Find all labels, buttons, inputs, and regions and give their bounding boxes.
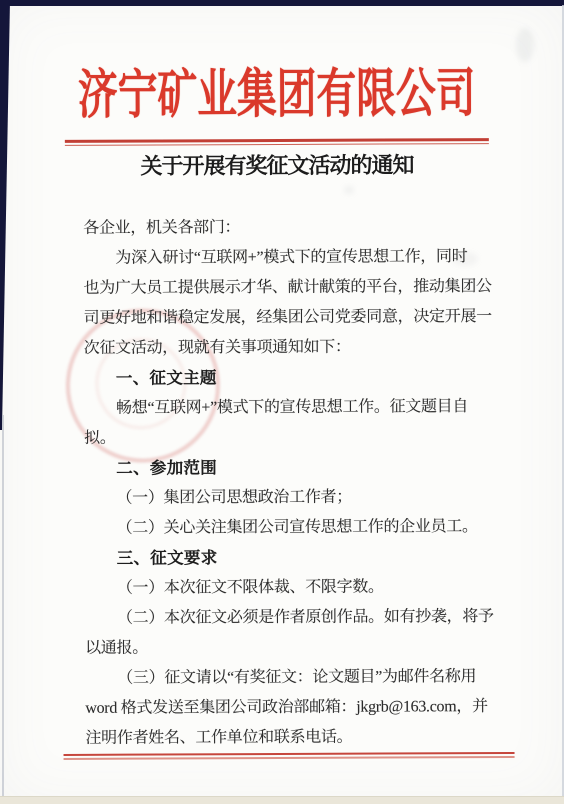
notice-title: 关于开展有奖征文活动的通知 (0, 148, 555, 181)
document-body: 各企业，机关各部门：为深入研讨“互联网+”模式下的宣传思想工作，同时也为广大员工… (83, 212, 521, 754)
letterhead-rule (65, 138, 489, 146)
footer-rule-thin (64, 756, 515, 760)
document-line: word 格式发送至集团公司政治部邮箱：jkgrb@163.com，并 (85, 692, 521, 724)
document-line: 为深入研讨“互联网+”模式下的宣传思想工作，同时 (83, 242, 519, 274)
document-content: 济宁矿业集团有限公司 关于开展有奖征文活动的通知 各企业，机关各部门：为深入研讨… (0, 0, 558, 804)
letterhead-rule-thick (65, 138, 489, 143)
document-line: 注明作者姓名、工作单位和联系电话。 (85, 722, 521, 754)
letterhead-rule-thin (65, 143, 489, 146)
document-line: （一）本次征文不限体裁、不限字数。 (85, 572, 521, 604)
scanned-page: 济宁矿业集团有限公司 关于开展有奖征文活动的通知 各企业，机关各部门：为深入研讨… (0, 0, 564, 804)
document-line: 畅想“互联网+”模式下的宣传思想工作。征文题目自 (84, 392, 520, 424)
document-line: 各企业，机关各部门： (83, 212, 519, 244)
document-line: 以通报。 (85, 632, 521, 664)
footer-rule (64, 752, 515, 760)
section-heading-line: 一、征文主题 (84, 362, 520, 394)
document-line: 司更好地和谐稳定发展，经集团公司党委同意，决定开展一 (84, 302, 520, 334)
document-line: （一）集团公司思想政治工作者； (84, 482, 520, 514)
document-line: 拟。 (84, 422, 520, 454)
section-heading-line: 三、征文要求 (85, 542, 521, 574)
document-line: （三）征文请以“有奖征文：论文题目”为邮件名称用 (85, 662, 521, 694)
document-line: 也为广大员工提供展示才华、献计献策的平台，推动集团公 (83, 272, 519, 304)
letterhead-title: 济宁矿业集团有限公司 (68, 63, 485, 127)
section-heading-line: 二、参加范围 (84, 452, 520, 484)
document-line: （二）关心关注集团公司宣传思想工作的企业员工。 (84, 512, 520, 544)
document-line: （二）本次征文必须是作者原创作品。如有抄袭，将予 (85, 602, 521, 634)
document-line: 次征文活动，现就有关事项通知如下： (84, 332, 520, 364)
